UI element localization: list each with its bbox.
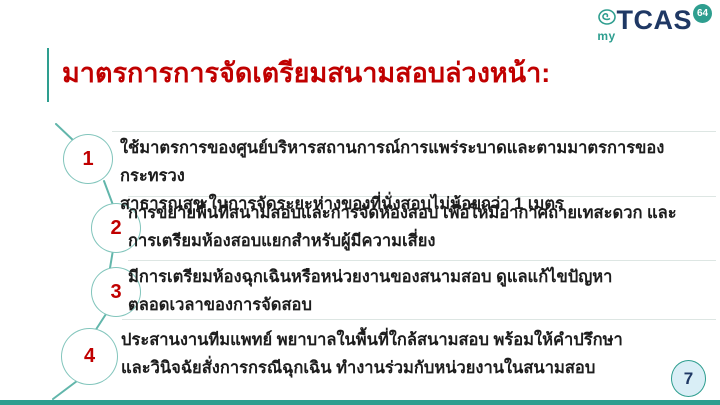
slide: my TCAS 64 มาตรการการจัดเตรียมสนามสอบล่ว… bbox=[0, 0, 720, 405]
step-number: 3 bbox=[110, 281, 121, 304]
separator-line bbox=[122, 319, 716, 320]
item-2-line-1: การขยายพื้นที่สนามสอบและการจัดห้องสอบ เพ… bbox=[128, 199, 720, 227]
logo-64-badge: 64 bbox=[693, 4, 712, 23]
logo-my-column: my bbox=[597, 8, 617, 42]
bottom-accent-bar bbox=[0, 400, 720, 405]
logo-my-text: my bbox=[597, 31, 615, 42]
item-1-line-1: ใช้มาตรการของศูนย์บริหารสถานการณ์การแพร่… bbox=[120, 134, 720, 190]
step-number: 1 bbox=[82, 148, 93, 171]
separator-line bbox=[112, 131, 716, 132]
page-number: 7 bbox=[684, 369, 693, 389]
swirl-icon bbox=[597, 8, 617, 31]
list-item: ประสานงานทีมแพทย์ พยาบาลในพื้นที่ใกล้สนา… bbox=[121, 326, 720, 382]
item-4-line-1: ประสานงานทีมแพทย์ พยาบาลในพื้นที่ใกล้สนา… bbox=[121, 326, 720, 354]
step-circle-1: 1 bbox=[63, 134, 113, 184]
item-4-line-2: และวินิจฉัยสั่งการกรณีฉุกเฉิน ทำงานร่วมก… bbox=[121, 354, 720, 382]
title-accent-rule bbox=[47, 48, 49, 102]
item-3-line-1: มีการเตรียมห้องฉุกเฉินหรือหน่วยงานของสนา… bbox=[128, 263, 720, 291]
item-2-line-2: การเตรียมห้องสอบแยกสำหรับผู้มีความเสี่ยง bbox=[128, 227, 720, 255]
mytcas-logo: my TCAS 64 bbox=[597, 6, 713, 42]
logo-tcas-text: TCAS bbox=[617, 6, 693, 34]
list-item: การขยายพื้นที่สนามสอบและการจัดห้องสอบ เพ… bbox=[128, 199, 720, 255]
page-title: มาตรการการจัดเตรียมสนามสอบล่วงหน้า: bbox=[62, 56, 662, 90]
step-number: 2 bbox=[110, 217, 121, 240]
list-item: มีการเตรียมห้องฉุกเฉินหรือหน่วยงานของสนา… bbox=[128, 263, 720, 319]
step-circle-4: 4 bbox=[61, 328, 118, 385]
page-number-badge: 7 bbox=[671, 360, 706, 397]
item-3-line-2: ตลอดเวลาของการจัดสอบ bbox=[128, 291, 720, 319]
separator-line bbox=[128, 260, 716, 261]
step-number: 4 bbox=[84, 345, 95, 368]
